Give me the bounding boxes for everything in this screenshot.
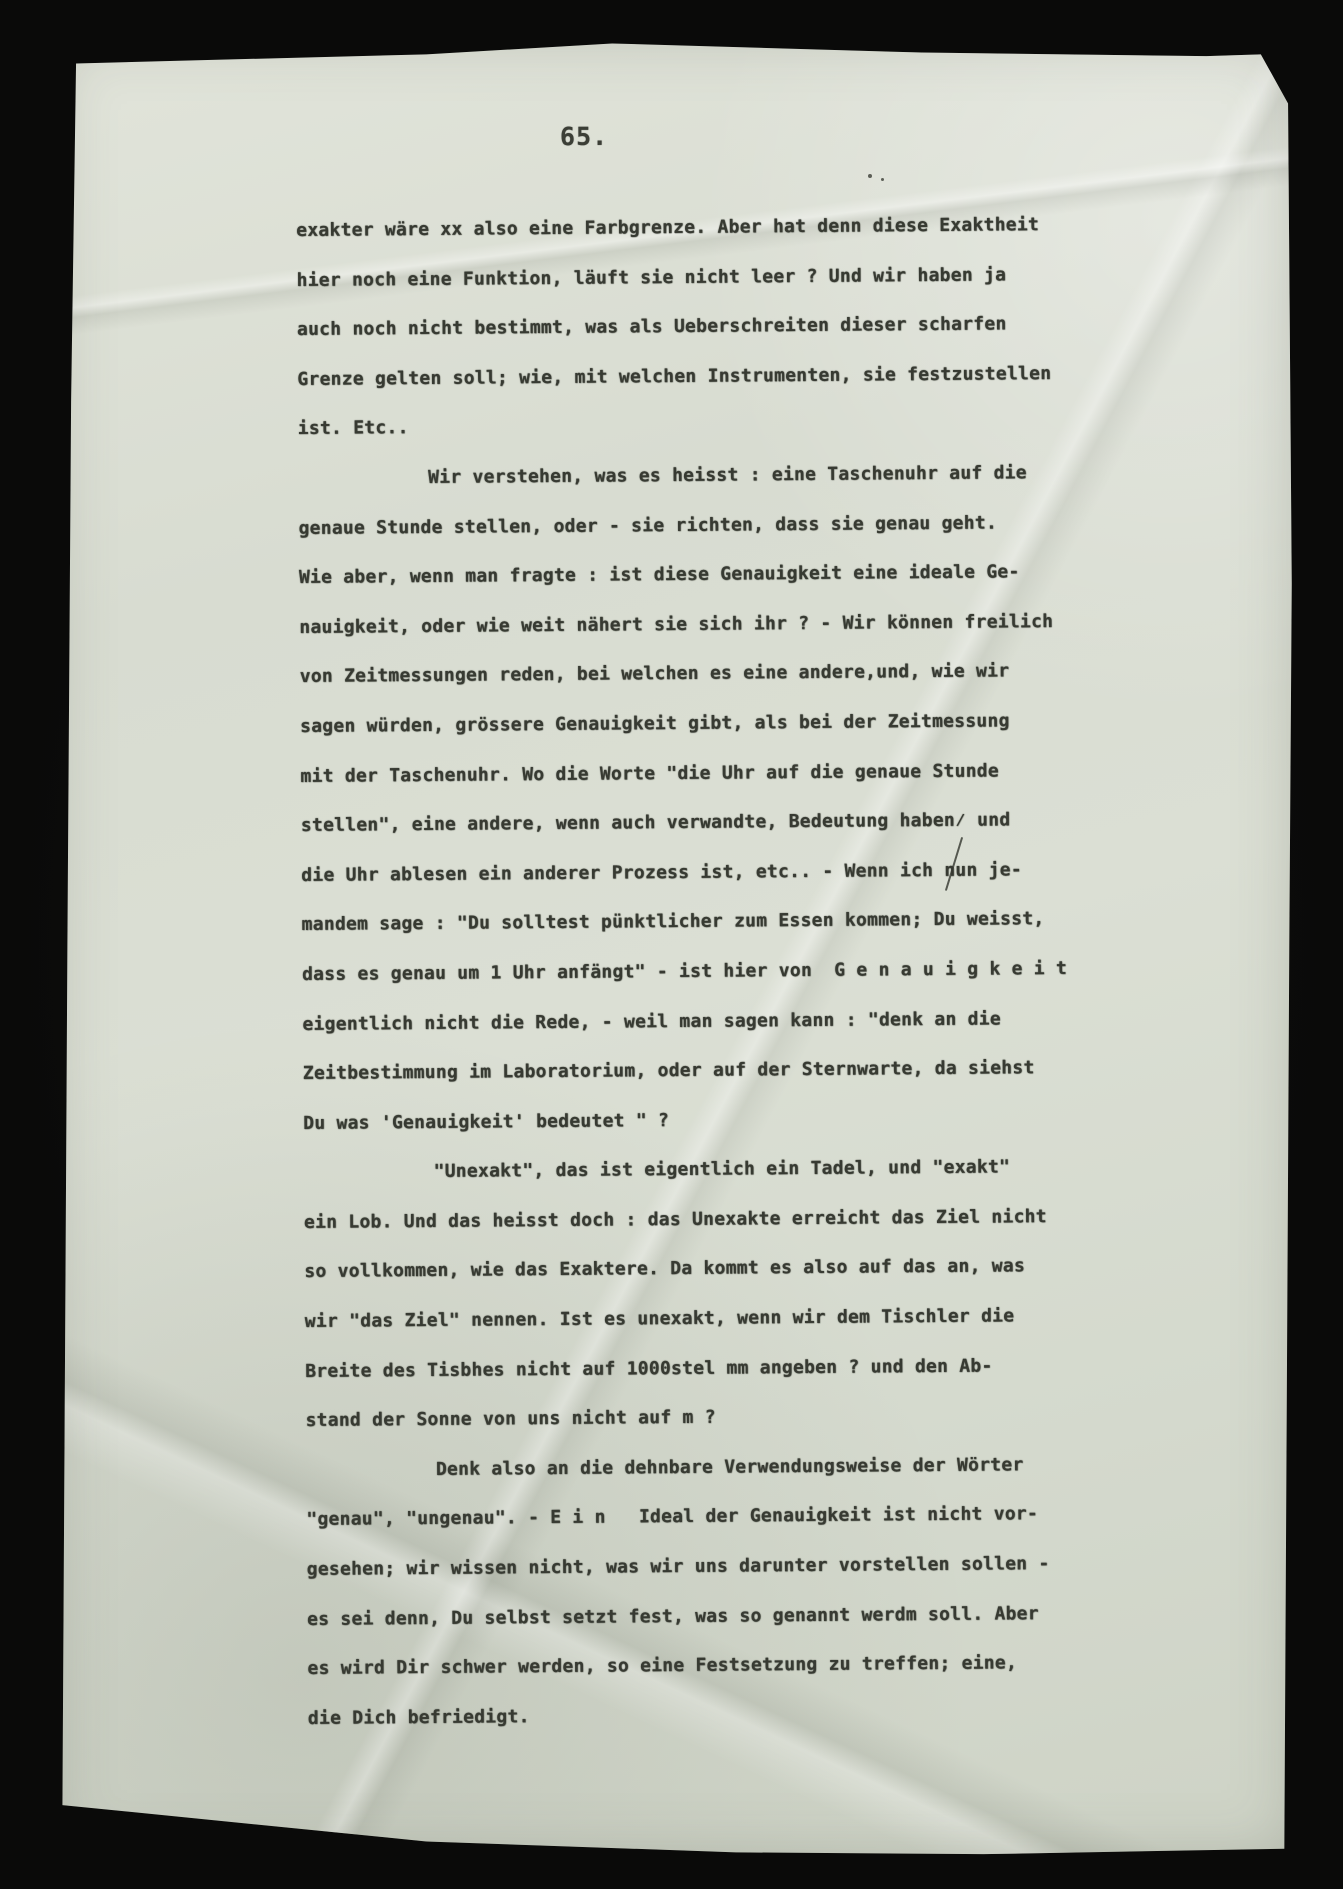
text-line: es wird Dir schwer werden, so eine Fests…: [307, 1638, 1107, 1694]
text-line: eigentlich nicht die Rede, - weil man sa…: [302, 993, 1102, 1049]
text-line: Wir verstehen, was es heisst : eine Tasc…: [298, 448, 1098, 504]
text-line: Du was 'Genauigkeit' bedeutet " ?: [303, 1092, 1103, 1148]
text-line: von Zeitmessungen reden, bei welchen es …: [300, 646, 1100, 702]
text-line: stellen", eine andere, wenn auch verwand…: [301, 795, 1101, 851]
typewritten-text-block: exakter wäre xx also eine Farbgrenze. Ab…: [296, 200, 1108, 1744]
ink-speck: [881, 178, 884, 181]
text-line: auch noch nicht bestimmt, was als Uebers…: [297, 299, 1097, 355]
text-line: Denk also an die dehnbare Verwendungswei…: [306, 1440, 1106, 1496]
text-line: Grenze gelten soll; wie, mit welchen Ins…: [297, 348, 1097, 404]
text-line: sagen würden, grössere Genauigkeit gibt,…: [300, 696, 1100, 752]
text-line: es sei denn, Du selbst setzt fest, was s…: [307, 1588, 1107, 1644]
text-line: ist. Etc..: [298, 398, 1098, 454]
text-line: mit der Taschenuhr. Wo die Worte "die Uh…: [300, 745, 1100, 801]
page-number: 65.: [560, 122, 608, 151]
scan-background: 65. exakter wäre xx also eine Farbgrenze…: [0, 0, 1343, 1889]
text-line: genaue Stunde stellen, oder - sie richte…: [298, 497, 1098, 553]
text-line: Breite des Tisbhes nicht auf 1000stel mm…: [305, 1340, 1105, 1396]
typescript-page: 65. exakter wäre xx also eine Farbgrenze…: [55, 38, 1293, 1856]
text-line: so vollkommen, wie das Exaktere. Da komm…: [304, 1241, 1104, 1297]
text-line: nauigkeit, oder wie weit nähert sie sich…: [299, 596, 1099, 652]
text-line: mandem sage : "Du solltest pünktlicher z…: [301, 894, 1101, 950]
text-line: "Unexakt", das ist eigentlich ein Tadel,…: [303, 1142, 1103, 1198]
text-line: "genau", "ungenau". - E i n Ideal der Ge…: [306, 1489, 1106, 1545]
text-line: ein Lob. Und das heisst doch : das Unexa…: [304, 1192, 1104, 1248]
text-line: gesehen; wir wissen nicht, was wir uns d…: [307, 1539, 1107, 1595]
text-line: wir "das Ziel" nennen. Ist es unexakt, w…: [305, 1291, 1105, 1347]
text-line: die Uhr ablesen ein anderer Prozess ist,…: [301, 844, 1101, 900]
ink-speck: [868, 174, 872, 178]
text-line: Zeitbestimmung im Laboratorium, oder auf…: [303, 1043, 1103, 1099]
text-line: hier noch eine Funktion, läuft sie nicht…: [296, 249, 1096, 305]
text-line: exakter wäre xx also eine Farbgrenze. Ab…: [296, 200, 1096, 256]
text-line: stand der Sonne von uns nicht auf m ?: [305, 1390, 1105, 1446]
text-line: die Dich befriedigt.: [308, 1687, 1108, 1743]
text-line: Wie aber, wenn man fragte : ist diese Ge…: [299, 547, 1099, 603]
text-line: dass es genau um 1 Uhr anfängt" - ist hi…: [302, 944, 1102, 1000]
